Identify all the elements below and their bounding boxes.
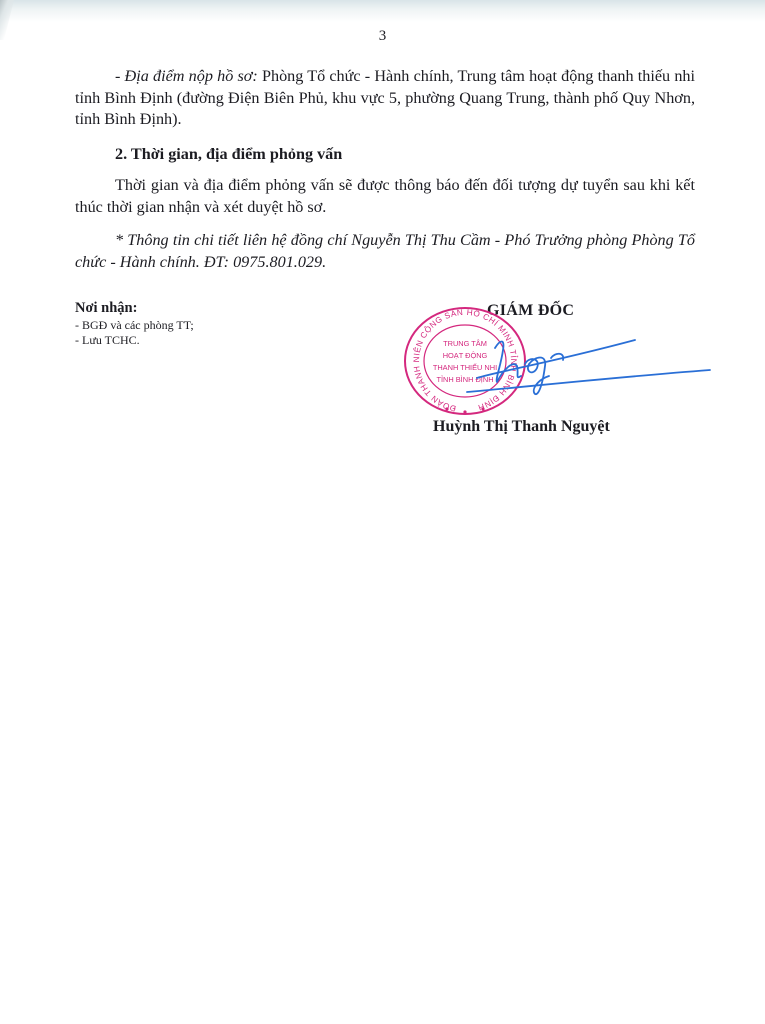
recipients-block: Nơi nhận: - BGĐ và các phòng TT; - Lưu T…	[75, 300, 194, 348]
contact-note-paragraph: * Thông tin chi tiết liên hệ đồng chí Ng…	[75, 230, 695, 273]
recipient-item: - Lưu TCHC.	[75, 333, 194, 348]
signer-name: Huỳnh Thị Thanh Nguyệt	[433, 418, 610, 436]
submission-location-label: - Địa điểm nộp hồ sơ:	[115, 67, 258, 85]
handwritten-signature	[455, 330, 720, 410]
section-heading: 2. Thời gian, địa điểm phỏng vấn	[115, 145, 342, 164]
scan-top-shadow	[0, 0, 765, 22]
interview-info-paragraph: Thời gian và địa điểm phỏng vấn sẽ được …	[75, 175, 695, 218]
submission-location-paragraph: - Địa điểm nộp hồ sơ: Phòng Tổ chức - Hà…	[75, 66, 695, 131]
page-number: 3	[0, 28, 765, 45]
recipient-item: - BGĐ và các phòng TT;	[75, 318, 194, 333]
interview-info-text: Thời gian và địa điểm phỏng vấn sẽ được …	[75, 176, 695, 216]
recipients-title: Nơi nhận:	[75, 300, 194, 317]
contact-note-text: * Thông tin chi tiết liên hệ đồng chí Ng…	[75, 231, 695, 271]
